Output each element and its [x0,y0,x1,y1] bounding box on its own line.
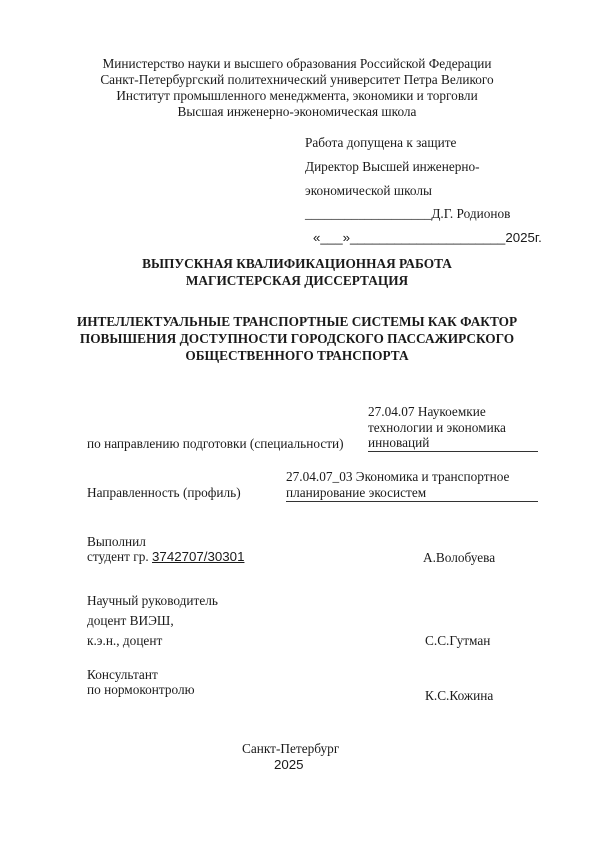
approval-line-1: Работа допущена к защите [305,135,456,151]
university-line: Санкт-Петербургский политехнический унив… [0,72,594,88]
work-type: ВЫПУСКНАЯ КВАЛИФИКАЦИОННАЯ РАБОТА МАГИСТ… [0,255,594,289]
group-number: 3742707/30301 [152,549,244,564]
direction-value: 27.04.07 Наукоемкие технологии и экономи… [368,404,538,452]
supervisor-label-3: к.э.н., доцент [87,633,162,649]
author-label-1: Выполнил [87,534,146,550]
approval-line-2: Директор Высшей инженерно- [305,159,480,175]
author-name: А.Волобуева [423,550,495,566]
supervisor-name: С.С.Гутман [425,633,490,649]
director-signature-line: ___________________Д.Г. Родионов [305,206,510,222]
institute-line: Институт промышленного менеджмента, экон… [0,88,594,104]
supervisor-label-1: Научный руководитель [87,593,218,609]
consultant-name: К.С.Кожина [425,688,493,704]
thesis-title: ИНТЕЛЛЕКТУАЛЬНЫЕ ТРАНСПОРТНЫЕ СИСТЕМЫ КА… [0,313,594,364]
school-line: Высшая инженерно-экономическая школа [0,104,594,120]
director-name: Д.Г. Родионов [431,206,510,221]
author-label-2: студент гр. 3742707/30301 [87,549,244,565]
signature-blank: ___________________ [305,206,431,221]
work-type-line-1: ВЫПУСКНАЯ КВАЛИФИКАЦИОННАЯ РАБОТА [0,255,594,272]
institution-header: Министерство науки и высшего образования… [0,56,594,120]
supervisor-label-2: доцент ВИЭШ, [87,613,174,629]
date-day-blank: ___ [320,230,342,245]
profile-label: Направленность (профиль) [87,485,241,501]
approval-date-line: «___»_____________________2025г. [313,230,542,246]
ministry-line: Министерство науки и высшего образования… [0,56,594,72]
direction-label: по направлению подготовки (специальности… [87,436,344,452]
date-year: 2025г. [505,230,542,245]
consultant-label-2: по нормоконтролю [87,682,195,698]
work-type-line-2: МАГИСТЕРСКАЯ ДИССЕРТАЦИЯ [0,272,594,289]
footer-city: Санкт-Петербург [242,741,339,757]
consultant-label-1: Консультант [87,667,158,683]
profile-value: 27.04.07_03 Экономика и транспортное пла… [286,469,538,502]
approval-line-3: экономической школы [305,183,432,199]
date-month-blank: _____________________ [350,230,505,245]
footer-year: 2025 [274,757,304,772]
